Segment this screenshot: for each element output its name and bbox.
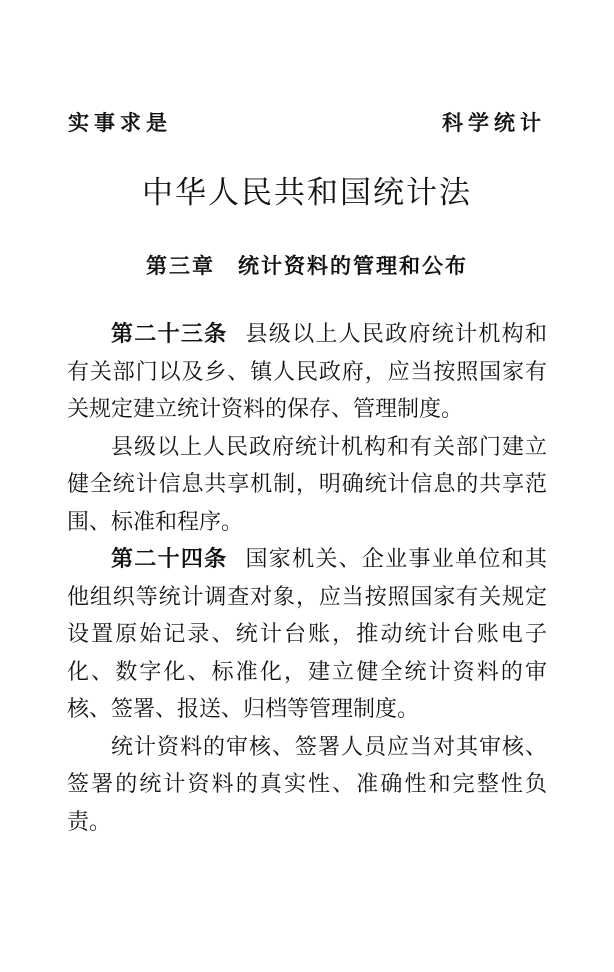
chapter-heading: 第三章 统计资料的管理和公布 — [0, 251, 614, 281]
article-number: 第二十四条 — [111, 546, 227, 571]
paragraph-text: 统计资料的审核、签署人员应当对其审核、签署的统计资料的真实性、准确性和完整性负责… — [67, 734, 547, 834]
article-paragraph: 县级以上人民政府统计机构和有关部门建立健全统计信息共享机制，明确统计信息的共享范… — [67, 428, 547, 541]
paragraph-text: 国家机关、企业事业单位和其他组织等统计调查对象，应当按照国家有关规定设置原始记录… — [67, 546, 547, 721]
article-number: 第二十三条 — [111, 321, 227, 346]
paragraph-text: 县级以上人民政府统计机构和有关部门建立健全统计信息共享机制，明确统计信息的共享范… — [67, 434, 547, 534]
document-title: 中华人民共和国统计法 — [0, 173, 614, 213]
document-body: 第二十三条县级以上人民政府统计机构和有关部门以及乡、镇人民政府，应当按照国家有关… — [0, 315, 614, 840]
document-page: 实事求是 科学统计 中华人民共和国统计法 第三章 统计资料的管理和公布 第二十三… — [0, 0, 614, 972]
header-motto-left: 实事求是 — [68, 109, 172, 137]
page-header: 实事求是 科学统计 — [0, 109, 614, 137]
header-motto-right: 科学统计 — [442, 109, 546, 137]
article-paragraph: 第二十四条国家机关、企业事业单位和其他组织等统计调查对象，应当按照国家有关规定设… — [67, 540, 547, 728]
article-paragraph: 第二十三条县级以上人民政府统计机构和有关部门以及乡、镇人民政府，应当按照国家有关… — [67, 315, 547, 428]
article-paragraph: 统计资料的审核、签署人员应当对其审核、签署的统计资料的真实性、准确性和完整性负责… — [67, 728, 547, 841]
